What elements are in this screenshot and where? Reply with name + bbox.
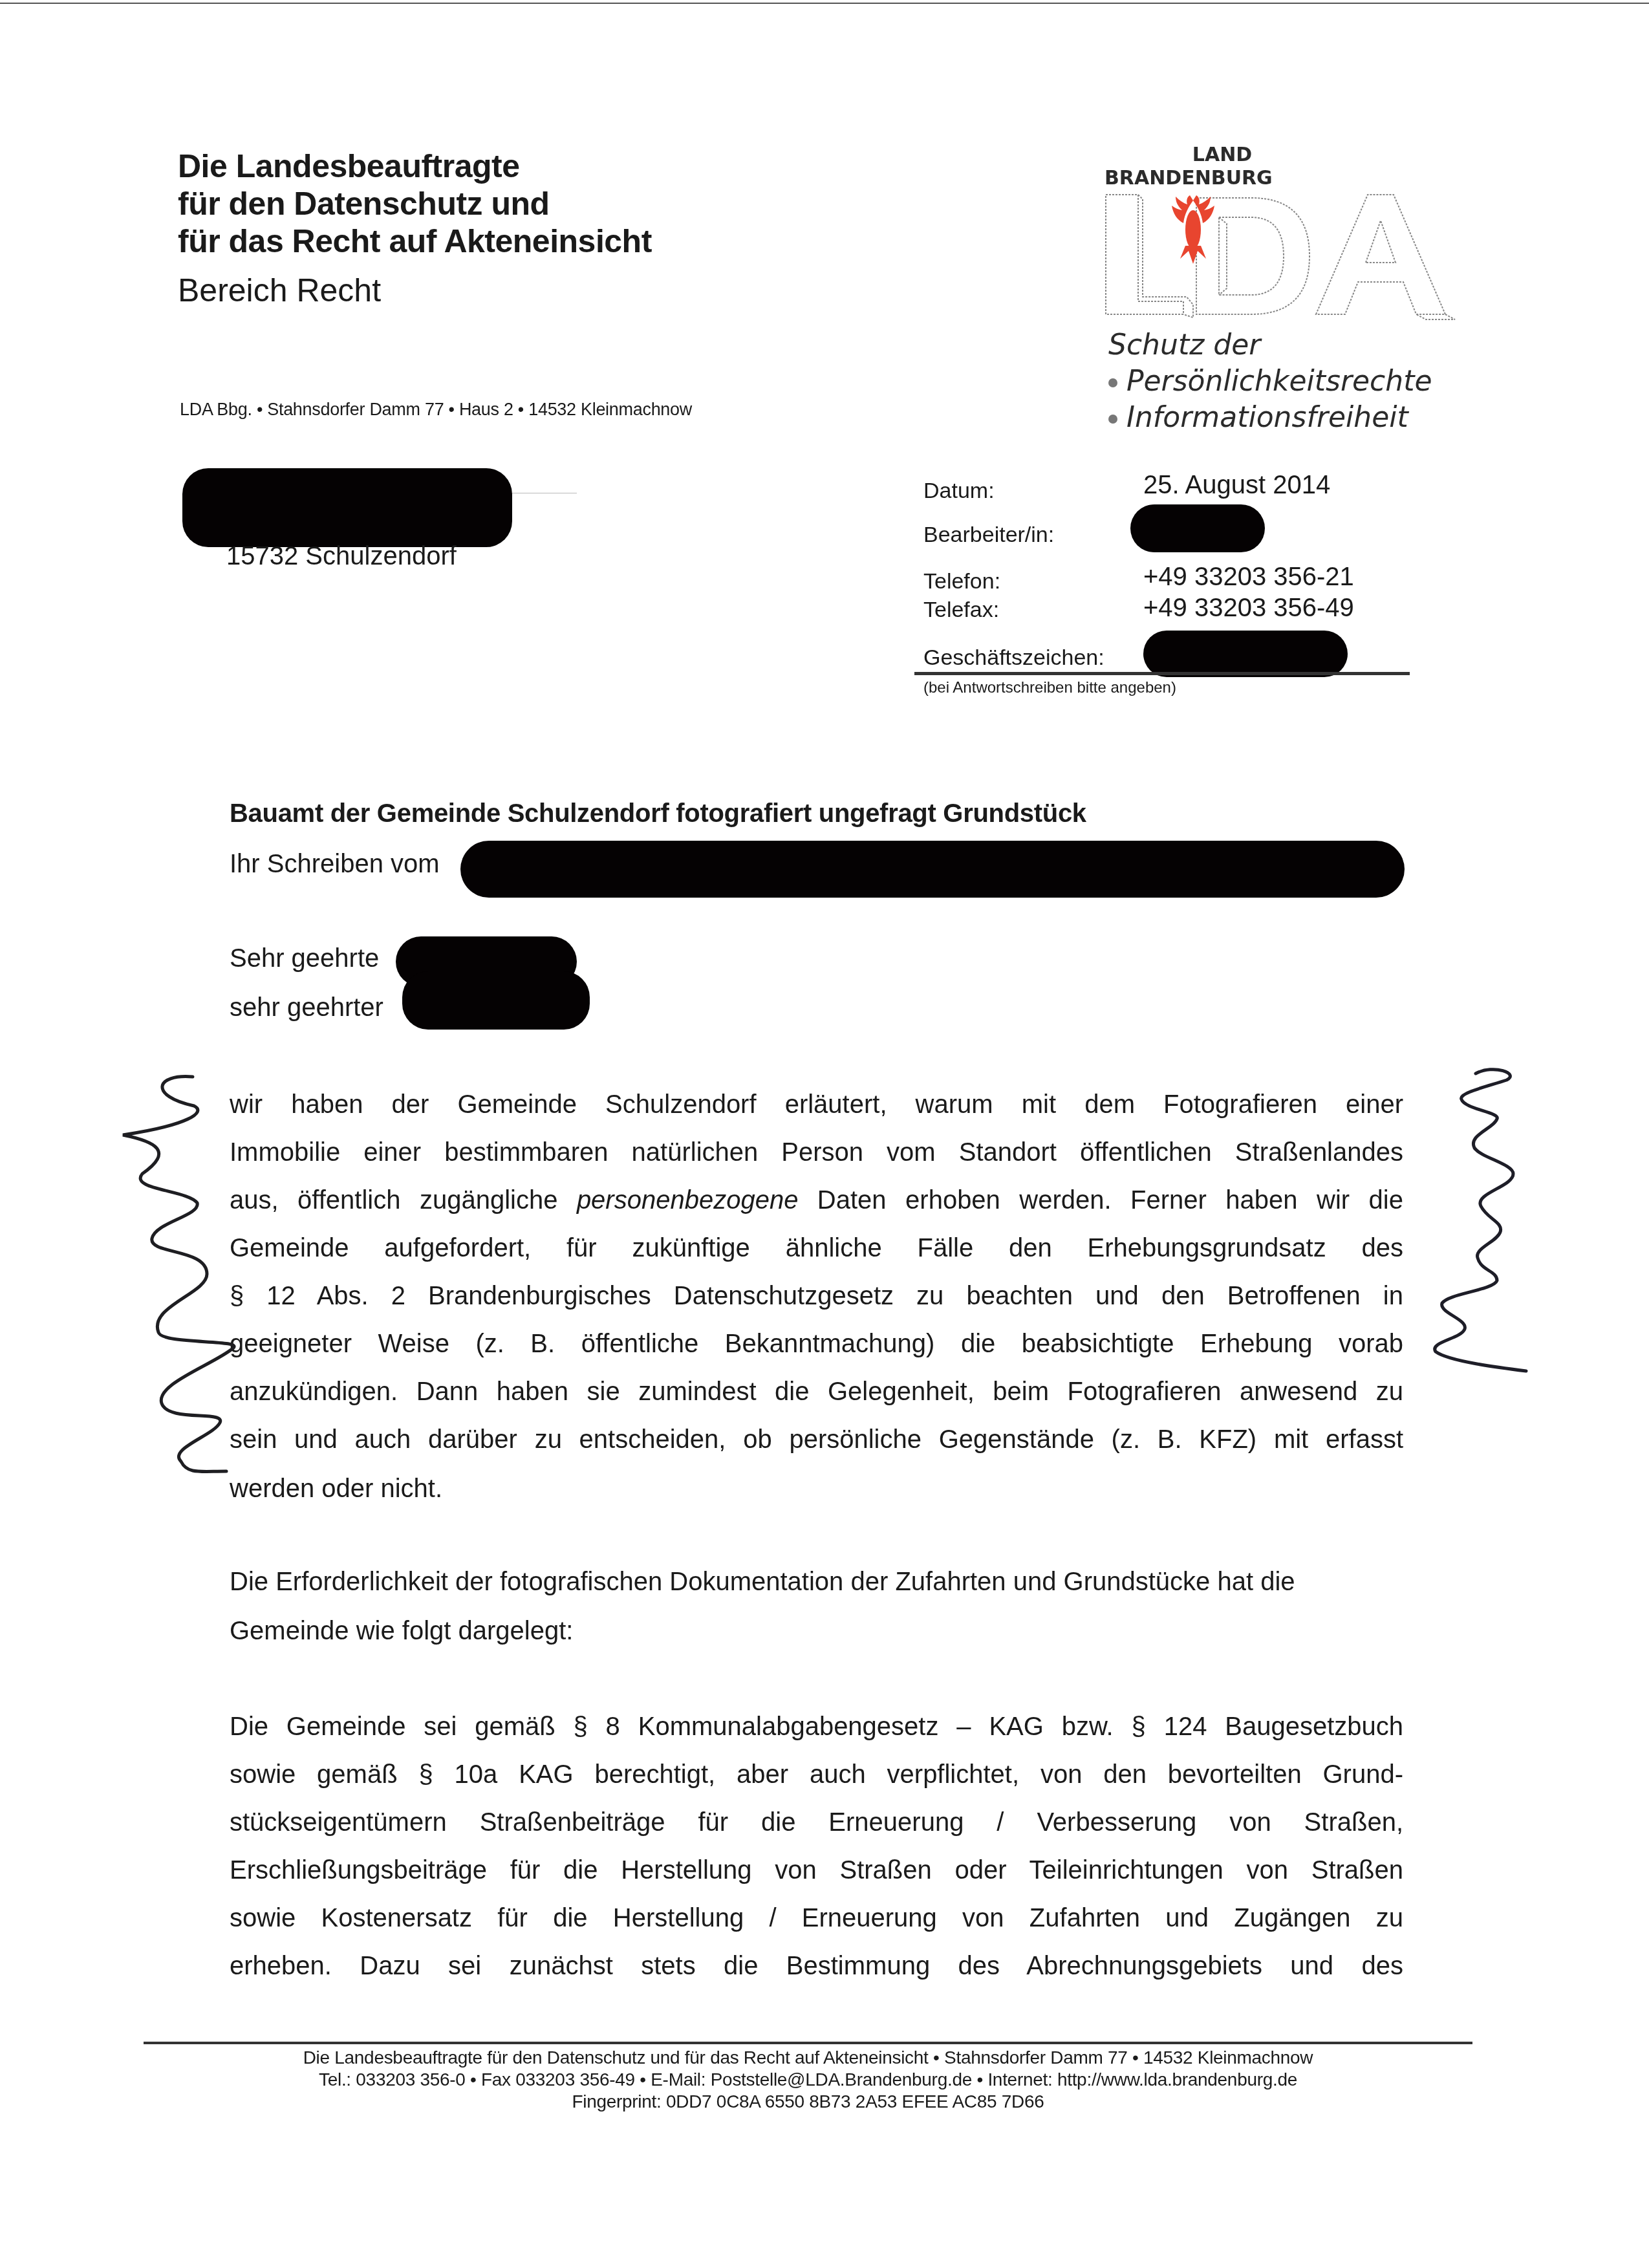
paragraph-line: Erschließungsbeiträge für die Herstellun…	[230, 1856, 1403, 1885]
bullet-icon	[1108, 415, 1117, 424]
paragraph-line: sein und auch darüber zu entscheiden, ob…	[230, 1425, 1403, 1454]
department: Bereich Recht	[178, 272, 381, 309]
org-name-line-1: Die Landesbeauftragte	[178, 147, 520, 185]
logo-state-line-1: LAND	[1158, 144, 1287, 167]
handwritten-bracket-right	[1423, 1048, 1552, 1462]
paragraph-line: § 12 Abs. 2 Brandenburgisches Datenschut…	[230, 1282, 1403, 1311]
org-name-line-2: für den Datenschutz und	[178, 185, 550, 222]
paragraph-line: werden oder nicht.	[230, 1474, 1403, 1504]
paragraph-line: sowie gemäß § 10a KAG berechtigt, aber a…	[230, 1760, 1403, 1789]
logo-state-line-2: BRANDENBURG	[1105, 167, 1273, 189]
letter-subject: Bauamt der Gemeinde Schulzendorf fotogra…	[230, 799, 1086, 828]
reference-hint: (bei Antwortschreiben bitte angeben)	[923, 679, 1176, 697]
fax-label: Telefax:	[923, 598, 999, 623]
redacted-salutation-name-2	[402, 971, 590, 1030]
scan-top-edge	[0, 3, 1649, 4]
slogan-item-label: Persönlichkeitsrechte	[1126, 365, 1432, 398]
slogan-item-personality-rights: Persönlichkeitsrechte	[1108, 365, 1432, 398]
paragraph-line: Immobilie einer bestimmbaren natürlichen…	[230, 1138, 1403, 1167]
paragraph-line: sowie Kostenersatz für die Herstellung /…	[230, 1904, 1403, 1933]
paragraph-line: Gemeinde aufgefordert, für zukünftige äh…	[230, 1234, 1403, 1263]
footer-fingerprint: Fingerprint: 0DD7 0C8A 6550 8B73 2A53 EF…	[144, 2091, 1472, 2112]
fax-value: +49 33203 356-49	[1143, 594, 1354, 623]
redacted-recipient-name	[182, 468, 512, 547]
org-name-line-3: für das Recht auf Akteneinsicht	[178, 222, 652, 260]
paragraph-line: erheben. Dazu sei zunächst stets die Bes…	[230, 1952, 1403, 1981]
footer-contact: Tel.: 033203 356-0 • Fax 033203 356-49 •…	[144, 2069, 1472, 2090]
bullet-icon	[1108, 378, 1117, 387]
scan-artifact-line	[512, 493, 577, 493]
text-run: aus, öffentlich zugängliche	[230, 1186, 577, 1215]
handwritten-bracket-left	[116, 1061, 246, 1526]
paragraph-line: geeigneter Weise (z. B. öffentliche Beka…	[230, 1330, 1403, 1359]
sender-address-line: LDA Bbg. • Stahnsdorfer Damm 77 • Haus 2…	[180, 400, 692, 420]
date-value: 25. August 2014	[1143, 471, 1330, 500]
redacted-reference-number	[1143, 631, 1348, 677]
paragraph-line: Die Erforderlichkeit der fotografischen …	[230, 1568, 1403, 1597]
paragraph-line: anzukündigen. Dann haben sie zumindest d…	[230, 1377, 1403, 1407]
phone-value: +49 33203 356-21	[1143, 563, 1354, 592]
lda-logo	[1103, 191, 1471, 321]
paragraph-line: Die Gemeinde sei gemäß § 8 Kommunalabgab…	[230, 1712, 1403, 1742]
slogan-item-freedom-of-information: Informationsfreiheit	[1108, 401, 1408, 434]
footer-divider	[144, 2042, 1472, 2044]
date-label: Datum:	[923, 479, 995, 504]
paragraph-line: wir haben der Gemeinde Schulzendorf erlä…	[230, 1090, 1403, 1119]
paragraph-line: Gemeinde wie folgt dargelegt:	[230, 1617, 1403, 1646]
redacted-clerk-name	[1130, 504, 1265, 552]
slogan-title: Schutz der	[1108, 329, 1260, 362]
clerk-label: Bearbeiter/in:	[923, 523, 1054, 548]
paragraph-line: aus, öffentlich zugängliche personenbezo…	[230, 1186, 1403, 1215]
phone-label: Telefon:	[923, 569, 1000, 594]
text-run: Daten erhoben werden. Ferner haben wir d…	[798, 1186, 1403, 1215]
paragraph-line: stückseigentümern Straßenbeiträge für di…	[230, 1808, 1403, 1837]
reference-underline	[914, 672, 1410, 675]
slogan-item-label: Informationsfreiheit	[1126, 401, 1408, 434]
reference-label: Geschäftszeichen:	[923, 645, 1105, 671]
brandenburg-eagle-icon	[1170, 194, 1216, 265]
italic-text-run: personenbezogene	[577, 1186, 799, 1215]
recipient-city: 15732 Schulzendorf	[226, 542, 457, 571]
footer-address: Die Landesbeauftragte für den Datenschut…	[144, 2047, 1472, 2068]
redacted-your-letter-date	[460, 841, 1405, 898]
